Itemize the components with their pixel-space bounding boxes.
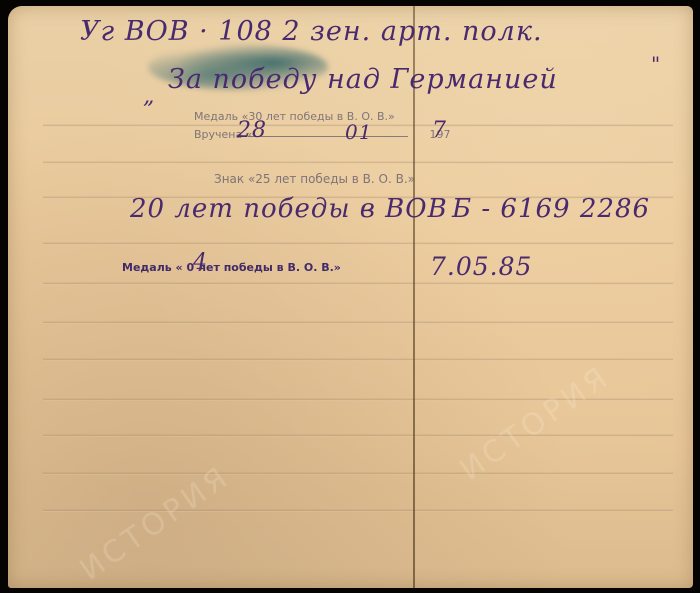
ruled-line [43, 321, 673, 324]
ruled-line [43, 282, 673, 285]
unit-entry: Уг ВОВ · 108 2 зен. арт. полк. [80, 16, 543, 47]
ruled-line [43, 161, 673, 164]
ruled-line [43, 472, 673, 475]
medal-germany-entry: За победу над Германией [168, 64, 558, 95]
ruled-line [43, 509, 673, 512]
quote-mark: " [651, 52, 661, 76]
award-date-day: 28 [237, 118, 267, 143]
award-date-1985: 7.05.85 [430, 252, 532, 281]
watermark: ИСТОРИЯ [74, 459, 237, 588]
ruled-line [43, 434, 673, 437]
printed-awarded-label: Вручена « 197 [194, 128, 450, 141]
certificate-number: Б - 6169 2286 [452, 194, 650, 224]
date-underline [248, 136, 408, 137]
ruled-line [43, 358, 673, 361]
printed-badge-25-years: Знак «25 лет победы в В. О. В.» [214, 172, 415, 186]
award-date-year-digit: 7 [432, 118, 447, 143]
watermark: ИСТОРИЯ [454, 359, 617, 488]
ruled-line [43, 242, 673, 245]
handwritten-digit-4: 4 [193, 250, 208, 275]
quote-mark: „ [143, 84, 155, 109]
award-date-month: 01 [345, 120, 372, 144]
printed-medal-40-years: Медаль « 0 лет победы в В. О. В.» [122, 261, 341, 274]
medal-20-years-entry: 20 лет победы в ВОВ [130, 194, 448, 224]
